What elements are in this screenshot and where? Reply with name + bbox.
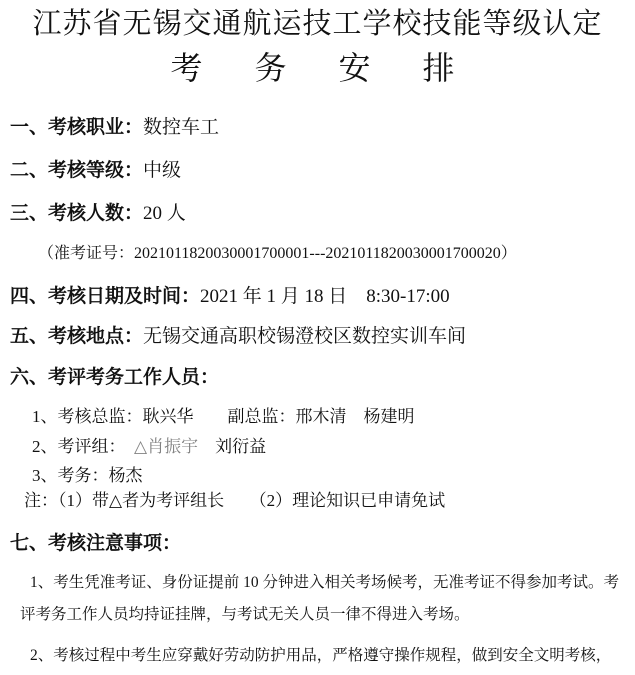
staff-panel-prefix: 2、考评组： (32, 437, 134, 456)
item-datetime-label: 四、考核日期及时间： (10, 286, 200, 307)
staff-section-heading: 六、考评考务工作人员： (10, 367, 219, 389)
item-headcount-value: 20 人 (143, 203, 186, 224)
item-location: 五、考核地点：无锡交通高职校锡澄校区数控实训车间 (10, 326, 466, 348)
document-title: 江苏省无锡交通航运技工学校技能等级认定 (0, 8, 635, 41)
notice-item1-line2: 评考务工作人员均持证挂牌，与考试无关人员一律不得进入考场。 (20, 606, 470, 624)
document-page: 江苏省无锡交通航运技工学校技能等级认定 考 务 安 排 一、考核职业：数控车工 … (0, 0, 635, 675)
staff-admin-line: 3、考务：杨杰 (32, 466, 143, 486)
staff-panel-line: 2、考评组： △肖振宇 刘衍益 (32, 437, 266, 457)
item-occupation-value: 数控车工 (143, 117, 219, 138)
item-datetime: 四、考核日期及时间：2021 年 1 月 18 日 8:30-17:00 (10, 286, 450, 308)
item-datetime-value: 2021 年 1 月 18 日 8:30-17:00 (200, 286, 450, 307)
notice-item1-line1: 1、考生凭准考证、身份证提前 10 分钟进入相关考场候考，无准考证不得参加考试。… (30, 574, 619, 592)
staff-chief-line: 1、考核总监：耿兴华 副总监：邢木清 杨建明 (32, 407, 415, 427)
staff-panel-leader: △肖振宇 (134, 437, 198, 456)
ticket-number-range: （准考证号：2021011820030001700001---202101182… (38, 245, 517, 263)
notice-section-heading: 七、考核注意事项： (10, 533, 181, 555)
item-occupation: 一、考核职业：数控车工 (10, 117, 219, 139)
item-headcount: 三、考核人数：20 人 (10, 203, 186, 225)
item-location-label: 五、考核地点： (10, 326, 143, 347)
item-level: 二、考核等级：中级 (10, 160, 181, 182)
staff-note-line: 注：（1）带△者为考评组长 （2）理论知识已申请免试 (24, 491, 445, 511)
notice-item2-line1: 2、考核过程中考生应穿戴好劳动防护用品，严格遵守操作规程，做到安全文明考核， (30, 647, 611, 665)
document-subtitle: 考 务 安 排 (0, 50, 635, 87)
staff-panel-member: 刘衍益 (198, 437, 266, 456)
item-level-value: 中级 (143, 160, 181, 181)
item-headcount-label: 三、考核人数： (10, 203, 143, 224)
item-level-label: 二、考核等级： (10, 160, 143, 181)
item-location-value: 无锡交通高职校锡澄校区数控实训车间 (143, 326, 466, 347)
item-occupation-label: 一、考核职业： (10, 117, 143, 138)
